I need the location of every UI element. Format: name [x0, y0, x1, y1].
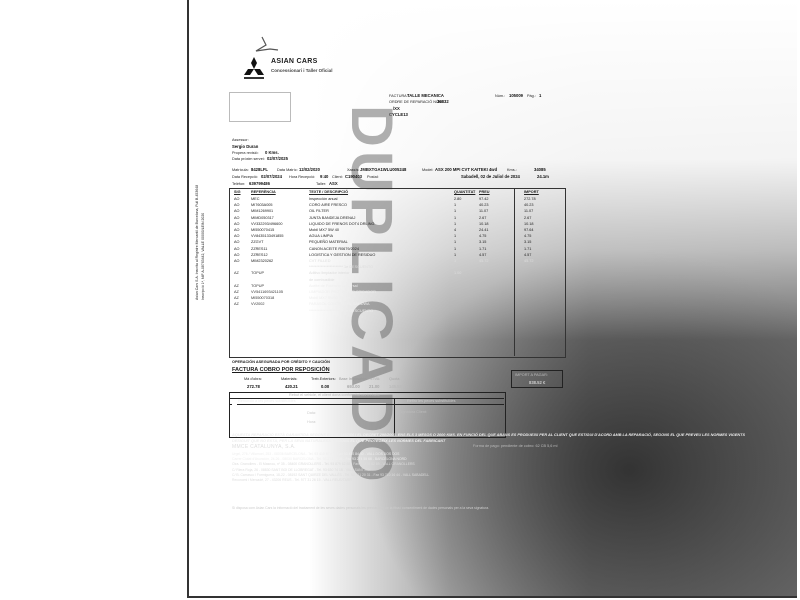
table-header-cell: IMPORT	[524, 190, 539, 194]
handwritten-mark-icon	[252, 35, 282, 55]
table-cell-desc: AGUA LIMPIA	[309, 234, 333, 238]
table-cell-ref: ZZRES12	[251, 253, 268, 257]
quota-label: Quota:	[389, 377, 400, 381]
table-cell-desc: de combustible	[309, 278, 335, 282]
table-cell-import: 45.72	[524, 259, 534, 263]
data-matric-label: Data Matríc:	[277, 168, 298, 172]
table-cell-desc: LIMPIADOR PROTECTOR CRIBADOR	[309, 290, 376, 294]
table-cell-sig: AZ	[234, 302, 239, 306]
side-legal-text-1: Asian Cars S.A. Inscrita al Registre Mer…	[195, 185, 199, 300]
table-cell-desc: LOGISTICA Y GESTION DE RESIDUO	[309, 253, 375, 257]
ordre-value: 36832	[437, 99, 449, 104]
table-cell-preu: 45.72	[479, 259, 489, 263]
ma-obra-label: Mà d'obra:	[244, 377, 262, 381]
table-cell-qty: 1	[454, 216, 456, 220]
table-cell-preu: 24.41	[479, 228, 489, 232]
table-cell-ref: TOPUP	[251, 271, 264, 275]
table-cell-import: 2.67	[524, 216, 531, 220]
table-cell-sig: AO	[234, 222, 240, 226]
propera-label: Propera revisió:	[232, 151, 259, 155]
table-cell-ref: MEC	[251, 197, 259, 201]
data-proxim-label: Data pròxim servei:	[232, 157, 265, 161]
table-cell-ref: VV2002	[251, 302, 265, 306]
table-cell-sig: AO	[234, 259, 240, 263]
matricula-value: 8428LFL	[251, 167, 268, 172]
table-cell-desc: JUNTA BANDEJA DRENAJ	[309, 216, 355, 220]
table-cell-qty: 2.80	[454, 197, 461, 201]
nom-label: Nom:	[232, 413, 241, 417]
hora-label: Hora:	[307, 420, 316, 424]
side-legal-text-2: Inscripció 1ª, NIF A-08763442, VALLE 000…	[201, 213, 205, 300]
table-cell-desc: Inspección anual	[309, 197, 338, 201]
table-cell-ref: TOPUP	[251, 284, 264, 288]
table-cell-desc: *********************** 2e DESCUENTO	[309, 309, 373, 313]
table-cell-preu: 2.67	[479, 216, 486, 220]
table-cell-sig: AO	[234, 216, 240, 220]
table-cell-sig: AO	[234, 240, 240, 244]
company-address-line: C/ B. Carrasco i Formiguera, 18-22 - 081…	[232, 473, 429, 477]
table-cell-import: 10.18	[524, 222, 534, 226]
table-cell-ref: MI550070318	[251, 296, 274, 300]
table-cell-sig: AZ	[234, 271, 239, 275]
client-value: C190403	[345, 174, 362, 179]
warranty-warning-2: DESIGUIT QUE NO ESTÀ, PER LA SEVA NATURA…	[232, 439, 445, 443]
table-cell-ref: ZZRES11	[251, 247, 267, 251]
table-header-cell: TEXTE / DESCRIPCIÓ	[309, 190, 348, 194]
table-cell-desc: Aditivo limpiador interior	[309, 271, 350, 275]
total-label: IMPORT A PAGAR:	[515, 373, 548, 377]
iva-label: % IVA:	[369, 377, 380, 381]
brand-subtitle: Concessionari i Taller Oficial	[271, 68, 332, 73]
assessor-label: Assessor:	[232, 138, 249, 142]
table-cell-sig: AZ	[234, 290, 239, 294]
table-cell-sig: AO	[234, 234, 240, 238]
num-label: Núm.:	[495, 94, 505, 98]
table-cell-desc: Mobil MX7 5W30 Elphos	[309, 296, 351, 300]
table-cell-preu: 4.57	[479, 253, 486, 257]
table-cell-preu: 40.23	[479, 203, 489, 207]
company-address-line: C/ Riera Roja, 26 - 08830 SANT BOI DE LL…	[232, 468, 370, 472]
telefon-value: 639799486	[249, 181, 270, 186]
renuncia-checkbox[interactable]	[232, 400, 237, 405]
model-value: ASX 200 MPI CVT KAITEKI 4wd	[435, 167, 497, 172]
document-viewer-frame: ASIAN CARS Concessionari i Taller Oficia…	[187, 0, 797, 598]
table-cell-sig: AO	[234, 203, 240, 207]
table-cell-ref: MIMD050317	[251, 216, 274, 220]
items-table	[229, 188, 566, 358]
taller-value: ASX	[329, 181, 338, 186]
table-cell-ref: VV332293/496600	[251, 222, 282, 226]
data-proxim-value: 02/07/2025	[267, 156, 288, 161]
table-cell-sig: AO	[234, 209, 240, 213]
table-cell-qty: 4	[454, 228, 456, 232]
factura-label: FACTURA:	[389, 94, 408, 98]
forma-pago: Forma de pago: pendiente de cobro: 62 CB…	[473, 444, 557, 448]
table-cell-desc: *********************** 1e DESCUENTO	[309, 265, 373, 269]
company-address-line: Urgel, 276 / Villarroel, 253 - 08036 BAR…	[232, 452, 399, 456]
table-header-cell: QUANTITAT	[454, 190, 475, 194]
table-cell-ref: ZZGVT	[251, 240, 263, 244]
taller-label: Taller:	[316, 182, 326, 186]
table-cell-ref: MI7603A005	[251, 203, 273, 207]
treballs-value: 0.00	[321, 384, 329, 389]
propera-value: 0 Kms.	[265, 150, 279, 155]
redacted-address-box	[229, 92, 291, 122]
kms-value: 34085	[534, 167, 546, 172]
hora-recep-value: 9:40	[320, 174, 328, 179]
table-cell-desc: CORO AIRE FRESCO	[309, 203, 347, 207]
ordre-label: ORDRE DE REPARACIÓ NÚM.:	[389, 100, 444, 104]
table-cell-import: 40.23	[524, 203, 534, 207]
table-header-cell: REFERÈNCIA	[251, 190, 276, 194]
company-address-line: Reconomi i Mercadé, 27 - 43206 REUS - Te…	[232, 478, 352, 482]
table-cell-qty: 1	[454, 253, 456, 257]
telefon-label: Telèfon:	[232, 182, 245, 186]
table-cell-import: 3.15	[524, 240, 531, 244]
table-cell-desc: Mobil MX7 5W 40	[309, 228, 339, 232]
table-cell-qty: 1	[454, 222, 456, 226]
retiro-label: Retiro les peces substituïdes	[407, 399, 456, 403]
table-cell-desc: CANON ACEITE R0679/2024	[309, 247, 359, 251]
table-cell-qty: 1	[454, 240, 456, 244]
table-cell-sig: AO	[234, 253, 240, 257]
postal-label: Postal:	[367, 175, 379, 179]
company-name: MMCE CATALUNYA, S.A.	[232, 444, 296, 450]
materials-value: 420.21	[285, 384, 298, 389]
pag-value: 1	[539, 93, 541, 98]
table-cell-desc: Aceite de Potencia Universal	[309, 284, 358, 288]
table-cell-qty: 1	[454, 234, 456, 238]
warranty-warning: AQUESTA REPARACIÓ ESTÀ GARANTIDA SEGONS …	[232, 433, 745, 437]
table-cell-sig: AO	[234, 228, 240, 232]
ma-obra-value: 272.78	[247, 384, 260, 389]
model-label: Model:	[422, 168, 433, 172]
table-cell-qty: 1	[454, 209, 456, 213]
bastidor-value: JMBXTGA1WLU005248	[360, 167, 406, 172]
table-cell-preu: 11.07	[479, 209, 488, 213]
total-value: 838.52 €	[529, 380, 545, 385]
assessor-value: Sergio Duran	[232, 144, 258, 149]
table-cell-import: 1.71	[524, 247, 531, 251]
materials-label: Materials:	[281, 377, 297, 381]
operacio-note: OPERACIÓN ASEGURADA POR CRÉDITO Y CAUCIÓ…	[232, 360, 330, 364]
factura-value: TALLE MECANICA	[407, 93, 444, 98]
table-cell-import: 4.57	[524, 253, 531, 257]
company-address-line: Carrer Ciutat d'Asunción, 24-26 - 08030 …	[232, 457, 407, 461]
table-cell-desc: CVT FILLED	[309, 259, 330, 263]
table-cell-import: 4.75	[524, 234, 531, 238]
base-label: Base Imposable:	[339, 377, 367, 381]
num-value: 105009	[509, 93, 523, 98]
client-label: Client:	[332, 175, 343, 179]
table-cell-sig: AZ	[234, 284, 239, 288]
time-text: 24.1m	[537, 174, 549, 179]
table-cell-preu: 1.71	[479, 247, 486, 251]
matricula-label: Matrícula:	[232, 168, 249, 172]
acceptance-header: Rebut el vehicle, el client dona conform…	[289, 393, 380, 397]
base-value: 693.00	[347, 384, 360, 389]
table-cell-preu: 3.15	[479, 240, 486, 244]
bastidor-label: Xassís:	[347, 168, 359, 172]
table-cell-import: 97.64	[524, 228, 534, 232]
brand-name: ASIAN CARS	[271, 58, 318, 65]
privacy-note: Si disposa com Asian Cars la informació …	[232, 506, 489, 510]
company-address-line: Ctra. Granollers - El Masnou, nº 35 - 08…	[232, 462, 415, 466]
table-cell-qty: 1	[454, 247, 456, 251]
table-cell-desc: LIQUIDO DE FRENOS DOT4 DRLING	[309, 222, 374, 226]
table-cell-import: 272.78	[524, 197, 536, 201]
table-cell-preu: 10.18	[479, 222, 489, 226]
kms-label: Kms.:	[507, 168, 517, 172]
hora-recep-label: Hora Recepció:	[289, 175, 315, 179]
table-cell-sig: AO	[234, 197, 240, 201]
scanned-invoice: ASIAN CARS Concessionari i Taller Oficia…	[189, 0, 797, 596]
signatura-label: Signatura Client:	[399, 410, 427, 414]
table-cell-qty: 1	[454, 259, 456, 263]
dni-label: DNI:	[232, 422, 240, 426]
table-cell-ref: MIM2320262	[251, 259, 273, 263]
table-header-cell: SIG	[234, 190, 241, 194]
table-cell-qty: 1.00	[454, 271, 461, 275]
table-cell-import: 11.07	[524, 209, 533, 213]
table-cell-preu: 97.42	[479, 197, 489, 201]
date-text: Sabadell, 02 de Juliol de 2024	[461, 174, 520, 179]
data-matric-value: 12/02/2020	[299, 167, 320, 172]
data-recep-label: Data Recepció:	[232, 175, 258, 179]
table-cell-qty: 1	[454, 203, 456, 207]
mitsubishi-logo-icon	[241, 56, 267, 82]
table-cell-ref: MI550070415	[251, 228, 274, 232]
summary-title: FACTURA COBRO POR REPOSICIÓN	[232, 367, 330, 373]
table-cell-sig: AZ	[234, 296, 239, 300]
iva-value: 21.00	[369, 384, 379, 389]
pag-label: Pàg.:	[527, 94, 536, 98]
table-cell-ref: MIM1269901	[251, 209, 273, 213]
quota-value: 145.53	[389, 384, 402, 389]
table-cell-sig: AO	[234, 247, 240, 251]
renuncia-label: Renuncio a les peces substituïdes	[238, 399, 296, 403]
table-cell-desc: OIL FILTER	[309, 209, 329, 213]
table-cell-desc: PEQUEÑO MATERIAL	[309, 240, 348, 244]
table-cell-ref: VV5411693421105	[251, 290, 283, 294]
table-cell-desc: PARASOL CONTRA SOL SANDWA	[309, 302, 369, 306]
table-cell-ref: VV8435133491855	[251, 234, 284, 238]
data-label: Data:	[307, 411, 316, 415]
table-header-cell: PREU	[479, 190, 490, 194]
treballs-label: Treb.Exteriors:	[311, 377, 336, 381]
table-cell-preu: 4.75	[479, 234, 486, 238]
data-recep-value: 02/07/2024	[261, 174, 282, 179]
